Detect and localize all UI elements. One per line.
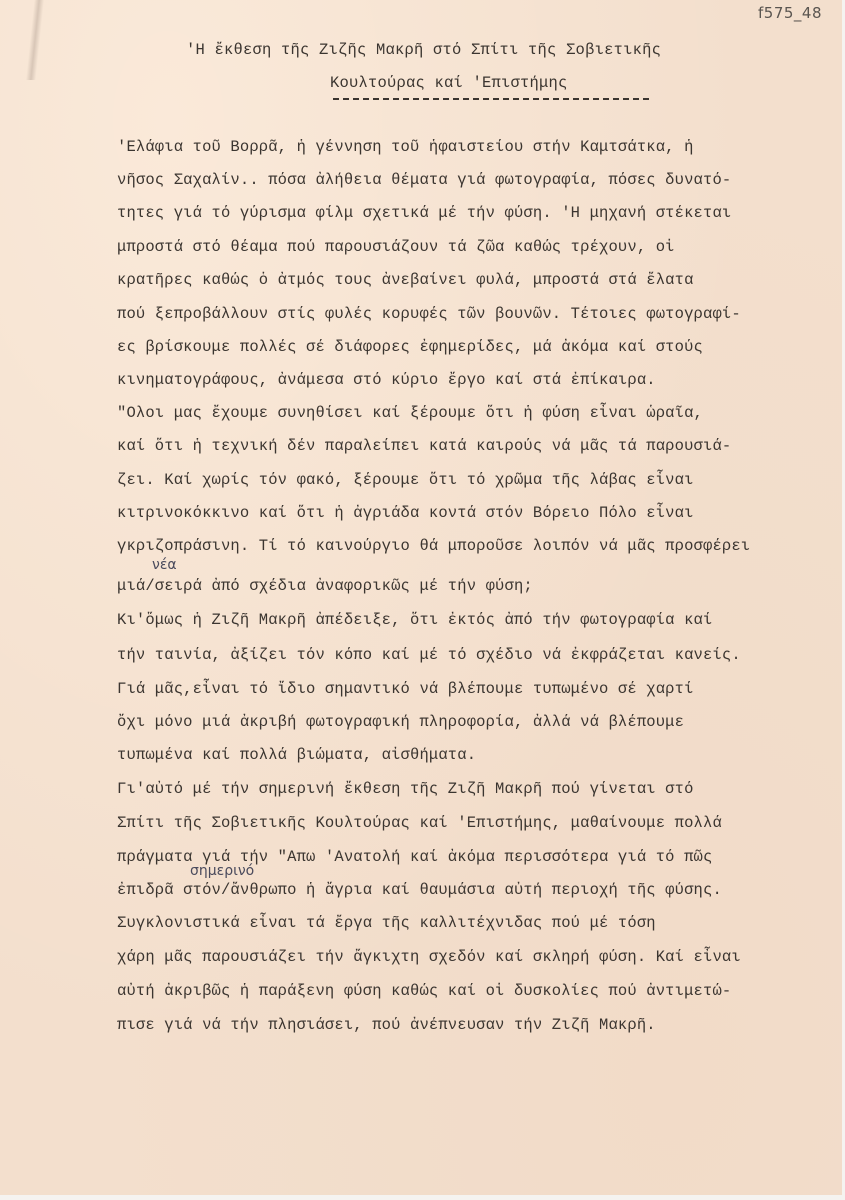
handwritten-insertion: σημερινό <box>190 863 254 879</box>
body-line: τήν ταινία, ἀξίζει τόν κόπο καί μέ τό σχ… <box>117 646 741 664</box>
body-line: "Ολοι μας ἔχουμε συνηθίσει καί ξέρουμε ὅ… <box>117 404 703 422</box>
body-line: Σπίτι τῆς Σοβιετικῆς Κουλτούρας καί 'Επι… <box>117 814 722 832</box>
body-line: πισε γιά νά τήν πλησιάσει, πού ἀνέπνευσα… <box>117 1016 656 1034</box>
body-line: ες βρίσκουμε πολλές σέ διάφορες ἐφημερίδ… <box>117 338 703 356</box>
body-line: κρατῆρες καθώς ὁ ἀτμός τους ἀνεβαίνει φυ… <box>117 271 694 289</box>
paper-crease <box>26 0 44 80</box>
body-line: αὐτή ἀκριβῶς ἡ παράξενη φύση καθώς καί ο… <box>117 982 731 1000</box>
body-line: νῆσος Σαχαλίν.. πόσα ἀλήθεια θέματα γιά … <box>117 171 731 189</box>
body-line: Γιά μᾶς,εἶναι τό ἴδιο σημαντικό νά βλέπο… <box>117 680 694 698</box>
body-line: ἐπιδρᾶ στόν/ἄνθρωπο ἡ ἄγρια καί θαυμάσια… <box>117 881 722 899</box>
body-line: πού ξεπροβάλλουν στίς φυλές κορυφές τῶν … <box>117 305 741 323</box>
body-line: Γι'αὐτό μέ τήν σημερινή ἔκθεση τῆς Ζιζῆ … <box>117 780 694 798</box>
body-line: μιά/σειρά ἀπό σχέδια ἀναφορικῶς μέ τήν φ… <box>117 577 533 595</box>
scan-margin-bottom <box>0 1195 845 1200</box>
body-line: Συγκλονιστικά εἶναι τά ἔργα τῆς καλλιτέχ… <box>117 914 656 932</box>
body-line: 'Ελάφια τοῦ Βορρᾶ, ἡ γέννηση τοῦ ἡφαιστε… <box>117 138 694 156</box>
body-line: τητες γιά τό γύρισμα φίλμ σχετικά μέ τήν… <box>117 204 731 222</box>
body-line: κιτρινοκόκκινο καί ὅτι ἡ ἀγριάδα κοντά σ… <box>117 504 694 522</box>
document-page: f575_48 'Η ἔκθεση τῆς Ζιζῆς Μακρῆ στό Σπ… <box>0 0 842 1195</box>
body-line: ζει. Καί χωρίς τόν φακό, ξέρουμε ὅτι τό … <box>117 471 694 489</box>
body-line: τυπωμένα καί πολλά βιώματα, αἰσθήματα. <box>117 746 476 764</box>
body-line: κινηματογράφους, ἀνάμεσα στό κύριο ἔργο … <box>117 371 656 389</box>
handwritten-insertion: νέα <box>152 557 177 573</box>
body-line: γκριζοπράσινη. Τί τό καινούργιο θά μπορο… <box>117 537 750 555</box>
body-line: ὄχι μόνο μιά ἀκριβή φωτογραφική πληροφορ… <box>117 713 684 731</box>
body-line: μπροστά στό θέαμα πού παρουσιάζουν τά ζῶ… <box>117 238 675 256</box>
title-underline <box>333 98 649 100</box>
archive-reference: f575_48 <box>758 4 822 22</box>
document-title-line-1: 'Η ἔκθεση τῆς Ζιζῆς Μακρῆ στό Σπίτι τῆς … <box>186 41 661 59</box>
document-title-line-2: Κουλτούρας καί 'Επιστήμης <box>330 74 568 92</box>
body-line: χάρη μᾶς παρουσιάζει τήν ἄγκιχτη σχεδόν … <box>117 948 741 966</box>
body-line: καί ὅτι ἡ τεχνική δέν παραλείπει κατά κα… <box>117 437 731 455</box>
body-line: Κι'ὅμως ἡ Ζιζῆ Μακρῆ ἀπέδειξε, ὅτι ἐκτός… <box>117 611 712 629</box>
